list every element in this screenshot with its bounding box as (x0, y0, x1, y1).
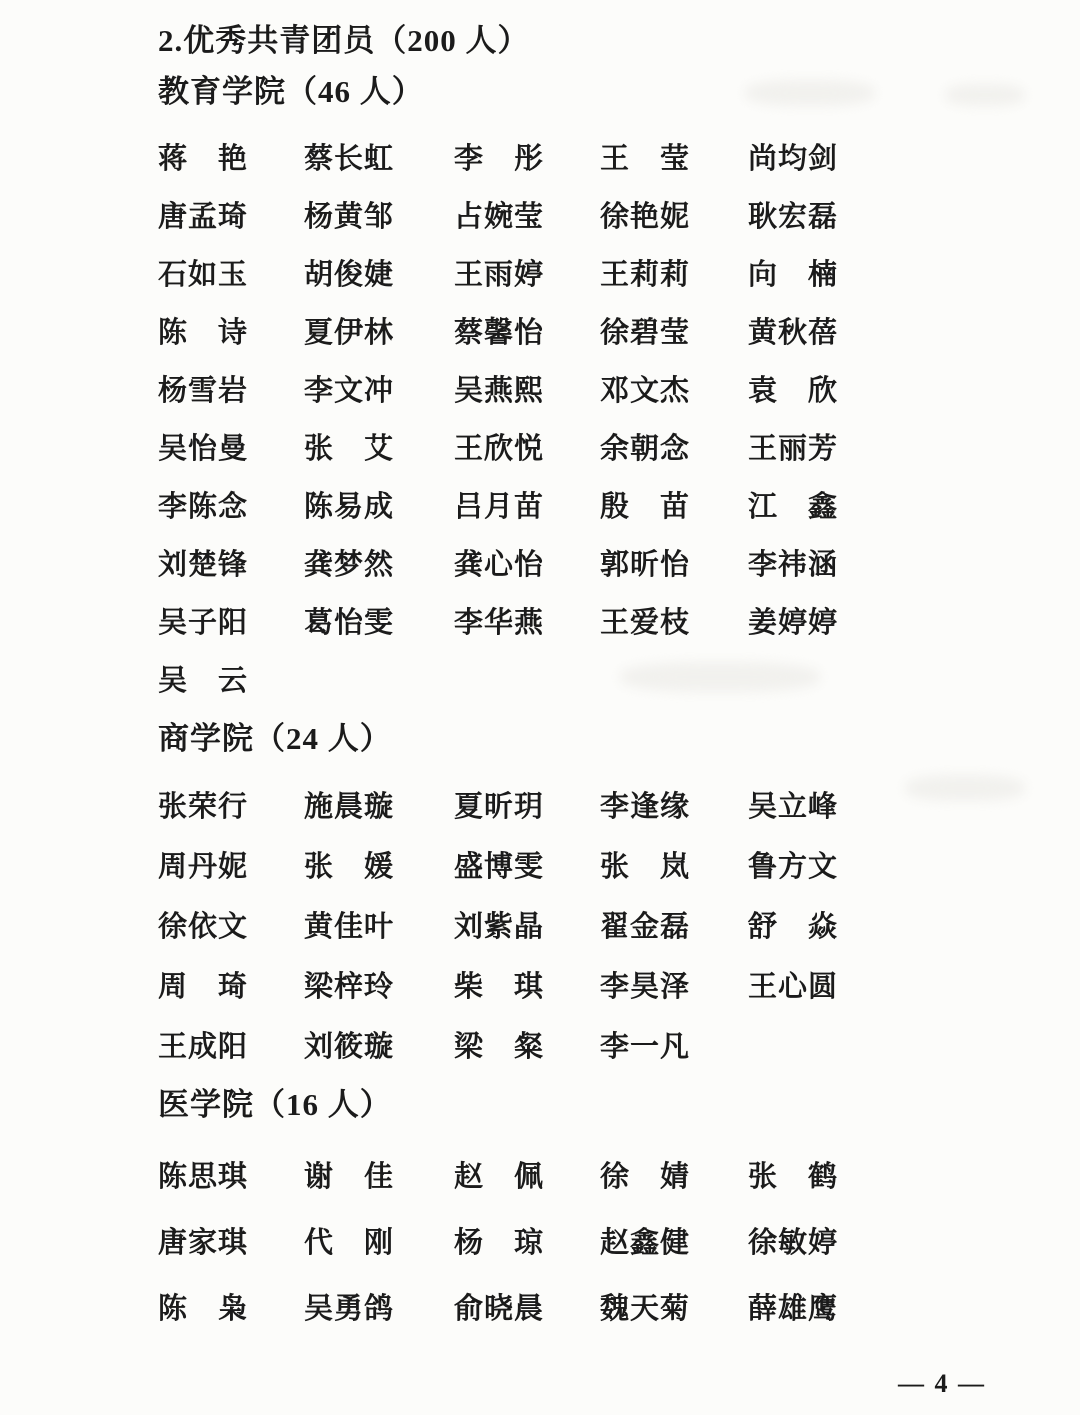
person-name: 张荣行 (158, 774, 304, 834)
person-name: 陈思琪 (158, 1141, 304, 1207)
person-name: 鲁方文 (748, 834, 900, 894)
person-name: 徐依文 (158, 894, 304, 954)
person-name: 李一凡 (600, 1014, 748, 1074)
names-grid: 张荣行施晨璇夏昕玥李逢缘吴立峰周丹妮张 媛盛博雯张 岚鲁方文徐依文黄佳叶刘紫晶翟… (158, 774, 1080, 1074)
person-name: 龚心怡 (454, 534, 600, 592)
person-name: 王雨婷 (454, 244, 600, 302)
person-name: 杨雪岩 (158, 360, 304, 418)
person-name: 周 琦 (158, 954, 304, 1014)
names-grid: 蒋 艳蔡长虹李 彤王 莹尚均剑唐孟琦杨黄邹占婉莹徐艳妮耿宏磊石如玉胡俊婕王雨婷王… (158, 128, 1080, 708)
person-name: 王心圆 (748, 954, 900, 1014)
person-name: 葛怡雯 (304, 592, 454, 650)
college-section: 医学院（16 人）陈思琪谢 佳赵 佩徐 婧张 鹤唐家琪代 刚杨 琼赵鑫健徐敏婷陈… (158, 1086, 1080, 1339)
person-name: 江 鑫 (748, 476, 900, 534)
person-name: 蔡长虹 (304, 128, 454, 186)
person-name: 王莉莉 (600, 244, 748, 302)
person-name: 殷 苗 (600, 476, 748, 534)
person-name: 李华燕 (454, 592, 600, 650)
names-grid: 陈思琪谢 佳赵 佩徐 婧张 鹤唐家琪代 刚杨 琼赵鑫健徐敏婷陈 枭吴勇鸽俞晓晨魏… (158, 1141, 1080, 1339)
empty-cell (748, 1014, 900, 1074)
college-section: 商学院（24 人）张荣行施晨璇夏昕玥李逢缘吴立峰周丹妮张 媛盛博雯张 岚鲁方文徐… (158, 720, 1080, 1075)
person-name: 魏天菊 (600, 1273, 748, 1339)
person-name: 施晨璇 (304, 774, 454, 834)
person-name: 向 楠 (748, 244, 900, 302)
person-name: 刘筱璇 (304, 1014, 454, 1074)
person-name: 陈 诗 (158, 302, 304, 360)
person-name: 梁 粲 (454, 1014, 600, 1074)
section-heading: 商学院（24 人） (158, 720, 1080, 759)
person-name: 张 岚 (600, 834, 748, 894)
person-name: 陈 枭 (158, 1273, 304, 1339)
person-name: 盛博雯 (454, 834, 600, 894)
person-name: 唐家琪 (158, 1207, 304, 1273)
person-name: 夏昕玥 (454, 774, 600, 834)
person-name: 李文冲 (304, 360, 454, 418)
person-name: 吕月苗 (454, 476, 600, 534)
person-name: 张 艾 (304, 418, 454, 476)
section-heading: 医学院（16 人） (158, 1086, 1080, 1125)
person-name: 谢 佳 (304, 1141, 454, 1207)
person-name: 黄秋蓓 (748, 302, 900, 360)
person-name: 杨 琼 (454, 1207, 600, 1273)
list-title: 2.优秀共青团员（200 人） (158, 22, 1080, 61)
person-name: 薛雄鹰 (748, 1273, 900, 1339)
person-name: 占婉莹 (454, 186, 600, 244)
person-name: 徐 婧 (600, 1141, 748, 1207)
person-name: 蔡馨怡 (454, 302, 600, 360)
person-name: 黄佳叶 (304, 894, 454, 954)
person-name: 李陈念 (158, 476, 304, 534)
person-name: 王 莹 (600, 128, 748, 186)
person-name: 梁梓玲 (304, 954, 454, 1014)
person-name: 蒋 艳 (158, 128, 304, 186)
person-name: 姜婷婷 (748, 592, 900, 650)
section-heading: 教育学院（46 人） (158, 73, 1080, 112)
person-name: 翟金磊 (600, 894, 748, 954)
person-name: 王成阳 (158, 1014, 304, 1074)
person-name: 周丹妮 (158, 834, 304, 894)
person-name: 徐艳妮 (600, 186, 748, 244)
sections-container: 教育学院（46 人）蒋 艳蔡长虹李 彤王 莹尚均剑唐孟琦杨黄邹占婉莹徐艳妮耿宏磊… (158, 73, 1080, 1339)
person-name: 王丽芳 (748, 418, 900, 476)
person-name: 袁 欣 (748, 360, 900, 418)
person-name: 陈易成 (304, 476, 454, 534)
person-name: 吴怡曼 (158, 418, 304, 476)
person-name: 徐碧莹 (600, 302, 748, 360)
person-name: 余朝念 (600, 418, 748, 476)
person-name: 尚均剑 (748, 128, 900, 186)
person-name: 王欣悦 (454, 418, 600, 476)
person-name: 胡俊婕 (304, 244, 454, 302)
person-name: 俞晓晨 (454, 1273, 600, 1339)
person-name: 赵 佩 (454, 1141, 600, 1207)
person-name: 邓文杰 (600, 360, 748, 418)
person-name: 郭昕怡 (600, 534, 748, 592)
person-name: 柴 琪 (454, 954, 600, 1014)
person-name: 王爱枝 (600, 592, 748, 650)
empty-cell (454, 650, 600, 708)
person-name: 石如玉 (158, 244, 304, 302)
person-name: 赵鑫健 (600, 1207, 748, 1273)
college-section: 教育学院（46 人）蒋 艳蔡长虹李 彤王 莹尚均剑唐孟琦杨黄邹占婉莹徐艳妮耿宏磊… (158, 73, 1080, 708)
person-name: 代 刚 (304, 1207, 454, 1273)
person-name: 李昊泽 (600, 954, 748, 1014)
person-name: 吴勇鸽 (304, 1273, 454, 1339)
person-name: 龚梦然 (304, 534, 454, 592)
person-name: 舒 焱 (748, 894, 900, 954)
empty-cell (600, 650, 748, 708)
empty-cell (748, 650, 900, 708)
person-name: 吴燕熙 (454, 360, 600, 418)
person-name: 唐孟琦 (158, 186, 304, 244)
person-name: 徐敏婷 (748, 1207, 900, 1273)
document-content: 2.优秀共青团员（200 人） 教育学院（46 人）蒋 艳蔡长虹李 彤王 莹尚均… (0, 0, 1080, 1339)
person-name: 杨黄邹 (304, 186, 454, 244)
person-name: 李逢缘 (600, 774, 748, 834)
page-number: — 4 — (898, 1369, 986, 1399)
person-name: 夏伊林 (304, 302, 454, 360)
person-name: 李 彤 (454, 128, 600, 186)
document-page: 2.优秀共青团员（200 人） 教育学院（46 人）蒋 艳蔡长虹李 彤王 莹尚均… (0, 0, 1080, 1415)
person-name: 刘紫晶 (454, 894, 600, 954)
person-name: 吴子阳 (158, 592, 304, 650)
person-name: 李祎涵 (748, 534, 900, 592)
person-name: 吴 云 (158, 650, 304, 708)
person-name: 吴立峰 (748, 774, 900, 834)
person-name: 刘楚锋 (158, 534, 304, 592)
empty-cell (304, 650, 454, 708)
person-name: 耿宏磊 (748, 186, 900, 244)
person-name: 张 鹤 (748, 1141, 900, 1207)
person-name: 张 媛 (304, 834, 454, 894)
